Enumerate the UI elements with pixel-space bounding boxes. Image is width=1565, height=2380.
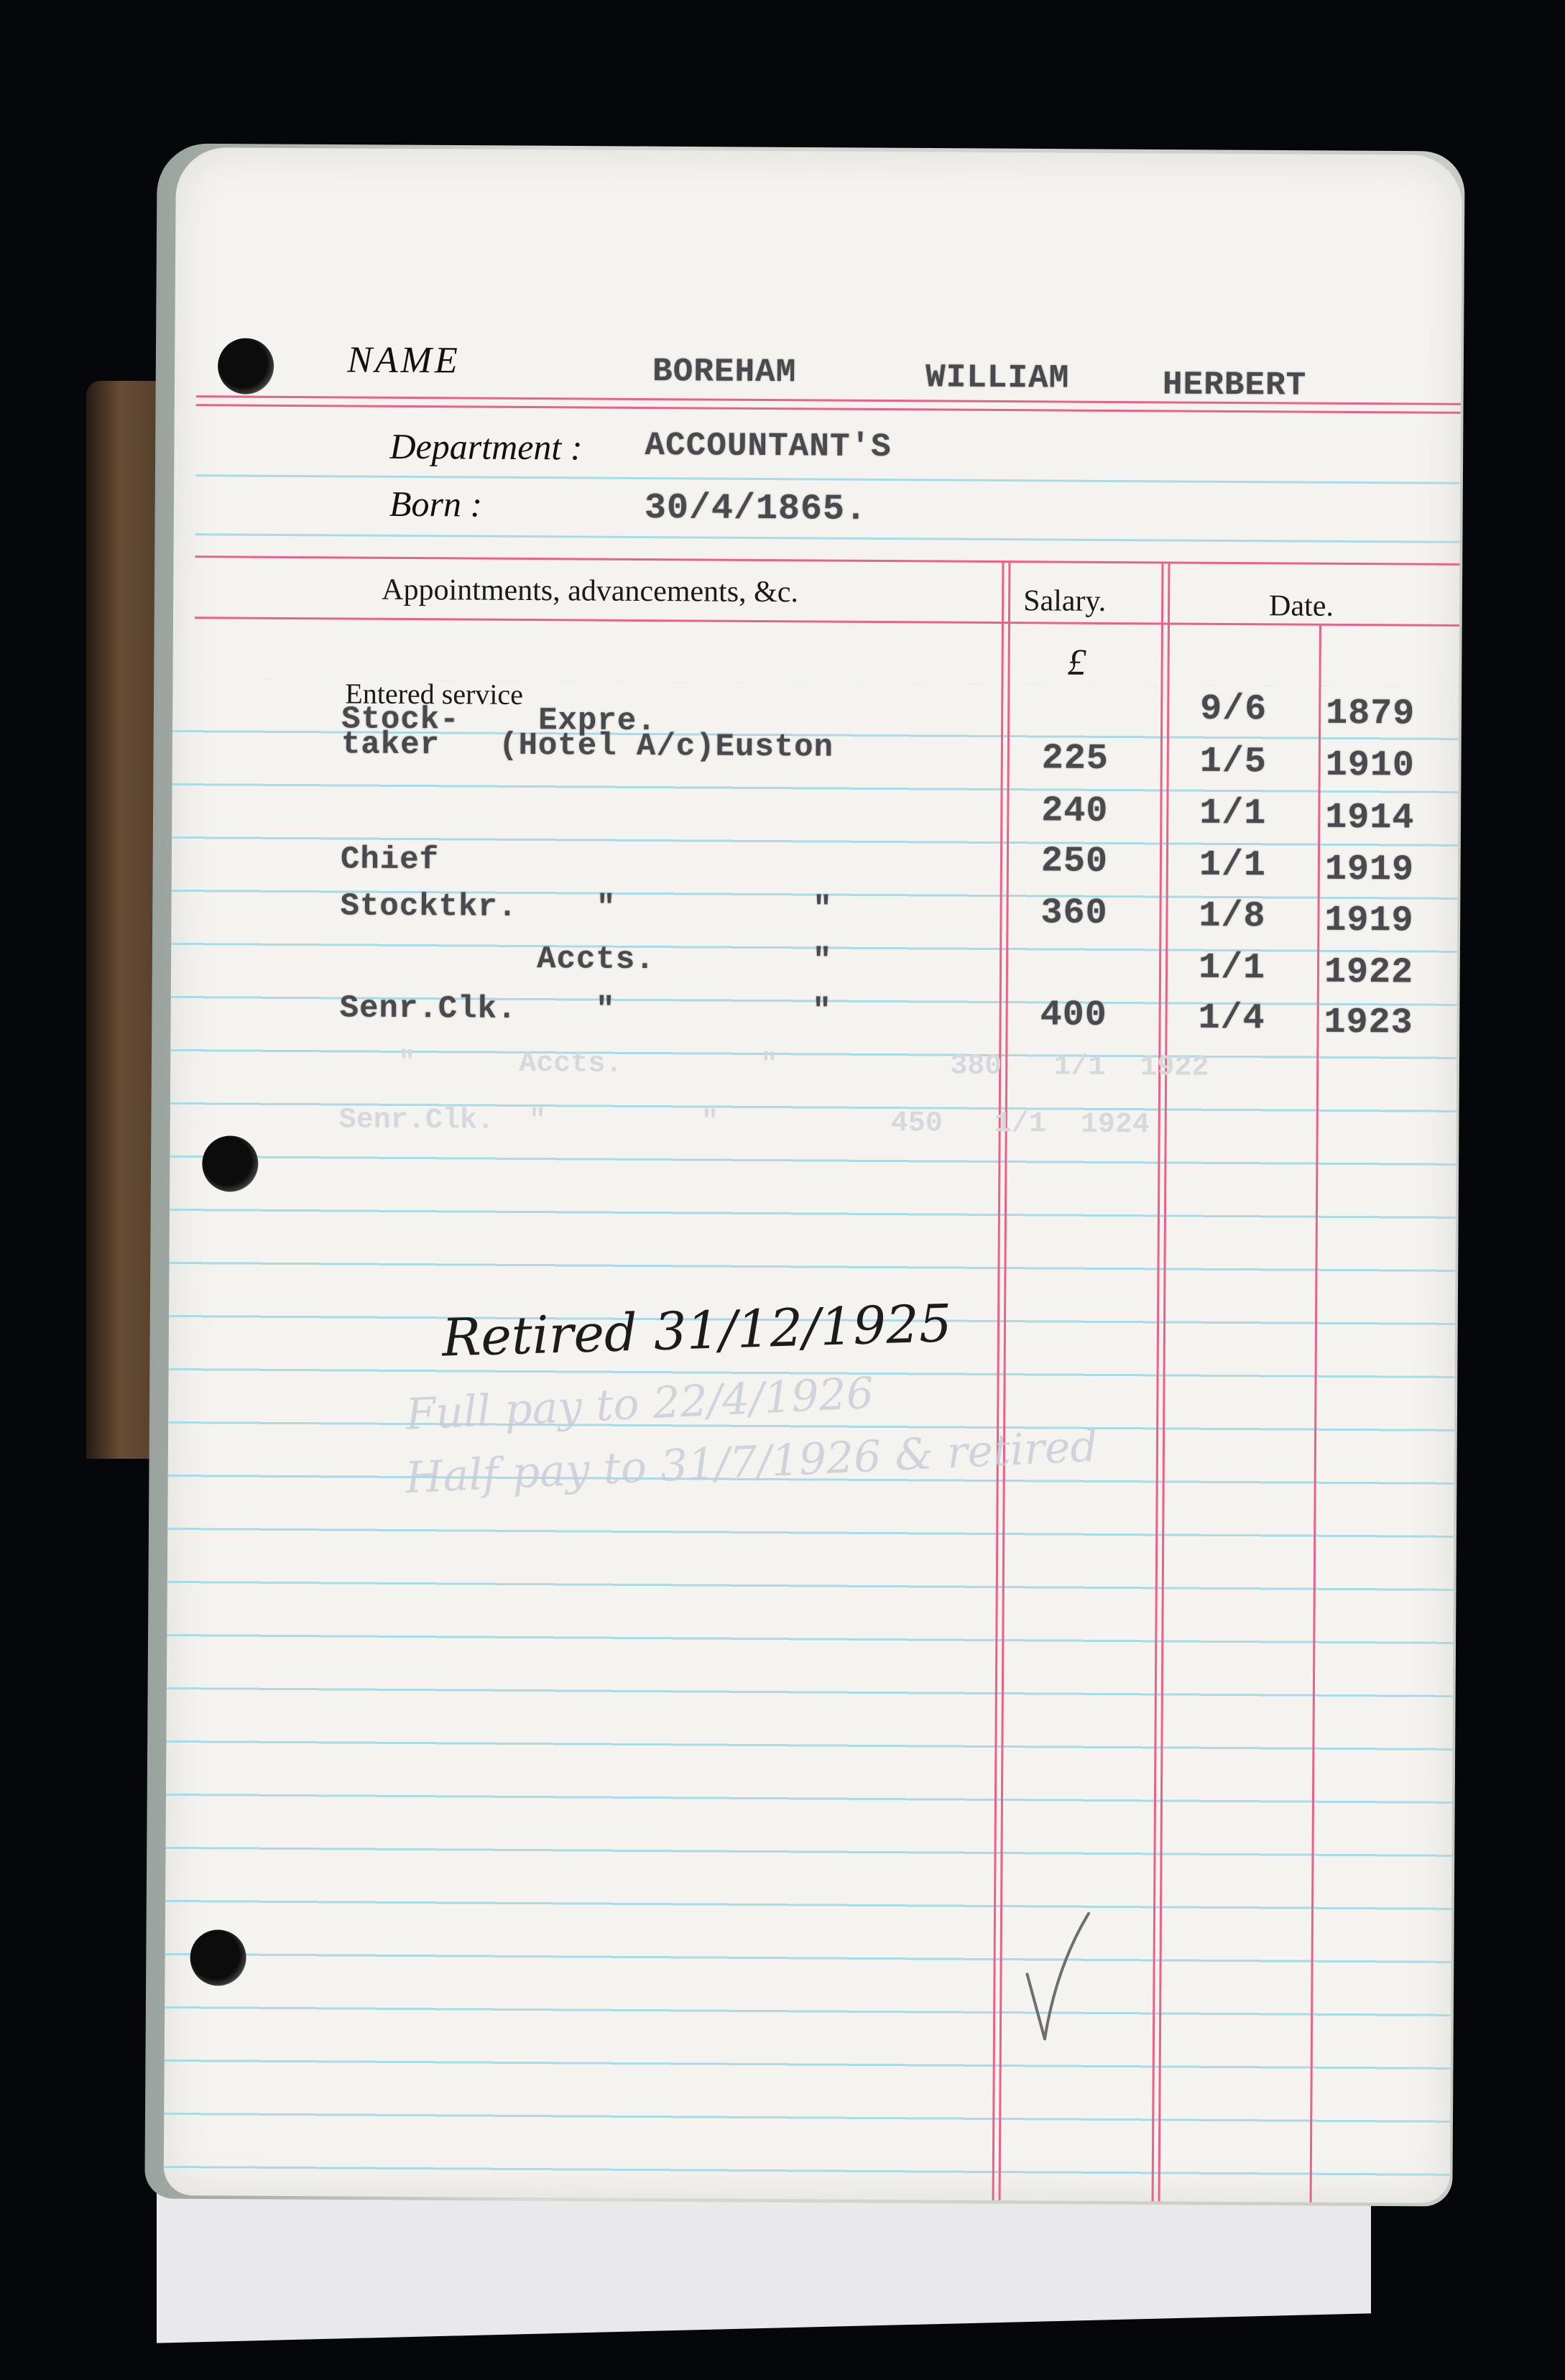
- middle-name: HERBERT: [1163, 366, 1307, 404]
- row-day-month: 1/5: [1200, 742, 1267, 783]
- row-day-month: 1/1: [1199, 793, 1266, 835]
- row-appointment-line2: taker (Hotel A/c)Euston: [341, 727, 834, 765]
- row-appointment-line1: Chief: [341, 841, 439, 878]
- pound-symbol: £: [1067, 642, 1086, 684]
- row-day-month: 1/1: [1199, 845, 1266, 887]
- row-year: 1910: [1326, 745, 1415, 787]
- entered-service-year: 1879: [1326, 693, 1415, 735]
- name-rule-bottom: [196, 404, 1461, 414]
- check-mark-icon: [1012, 1899, 1099, 2043]
- entered-service-day-month: 9/6: [1200, 689, 1267, 731]
- row-appointment-line1: Accts. ": [340, 940, 832, 979]
- row-salary: 400: [1040, 995, 1107, 1036]
- appointments-header: Appointments, advancements, &c.: [382, 573, 798, 610]
- row-year: 1922: [1324, 952, 1413, 994]
- date-header: Date.: [1269, 589, 1334, 624]
- hole-punch-middle: [202, 1135, 258, 1191]
- born-value: 30/4/1865.: [645, 488, 867, 530]
- row-appointment-line1: Stocktkr. " ": [340, 888, 832, 927]
- department-rule: [195, 474, 1460, 484]
- row-day-month: 1/8: [1199, 896, 1265, 938]
- row-year: 1923: [1324, 1002, 1413, 1044]
- hole-punch-bottom: [190, 1929, 246, 1985]
- show-through-typed: Senr.Clk. " " 450 1/1 1924: [339, 1104, 1150, 1141]
- header-rule-top: [195, 555, 1460, 566]
- staff-record-card: NAME BOREHAM WILLIAM HERBERT Department …: [164, 147, 1462, 2203]
- row-salary: 240: [1041, 790, 1108, 832]
- row-salary: 250: [1041, 841, 1108, 882]
- row-salary: 360: [1040, 892, 1107, 934]
- row-year: 1919: [1325, 849, 1414, 891]
- department-value: ACCOUNTANT'S: [645, 427, 892, 466]
- row-year: 1914: [1325, 798, 1414, 839]
- row-day-month: 1/4: [1198, 998, 1265, 1040]
- row-day-month: 1/1: [1199, 948, 1265, 990]
- surname: BOREHAM: [652, 353, 797, 391]
- department-label: Department :: [389, 425, 582, 469]
- row-year: 1919: [1324, 900, 1413, 942]
- show-through-typed: " Accts. " 380 1/1 1922: [346, 1046, 1209, 1084]
- row-salary: 225: [1042, 738, 1109, 780]
- born-rule: [195, 533, 1460, 543]
- hole-punch-top: [218, 338, 274, 394]
- salary-header: Salary.: [1023, 584, 1106, 619]
- forename: WILLIAM: [925, 359, 1070, 397]
- born-label: Born :: [389, 483, 483, 525]
- name-label: NAME: [347, 338, 461, 382]
- row-appointment-line1: Senr.Clk. " ": [340, 990, 832, 1029]
